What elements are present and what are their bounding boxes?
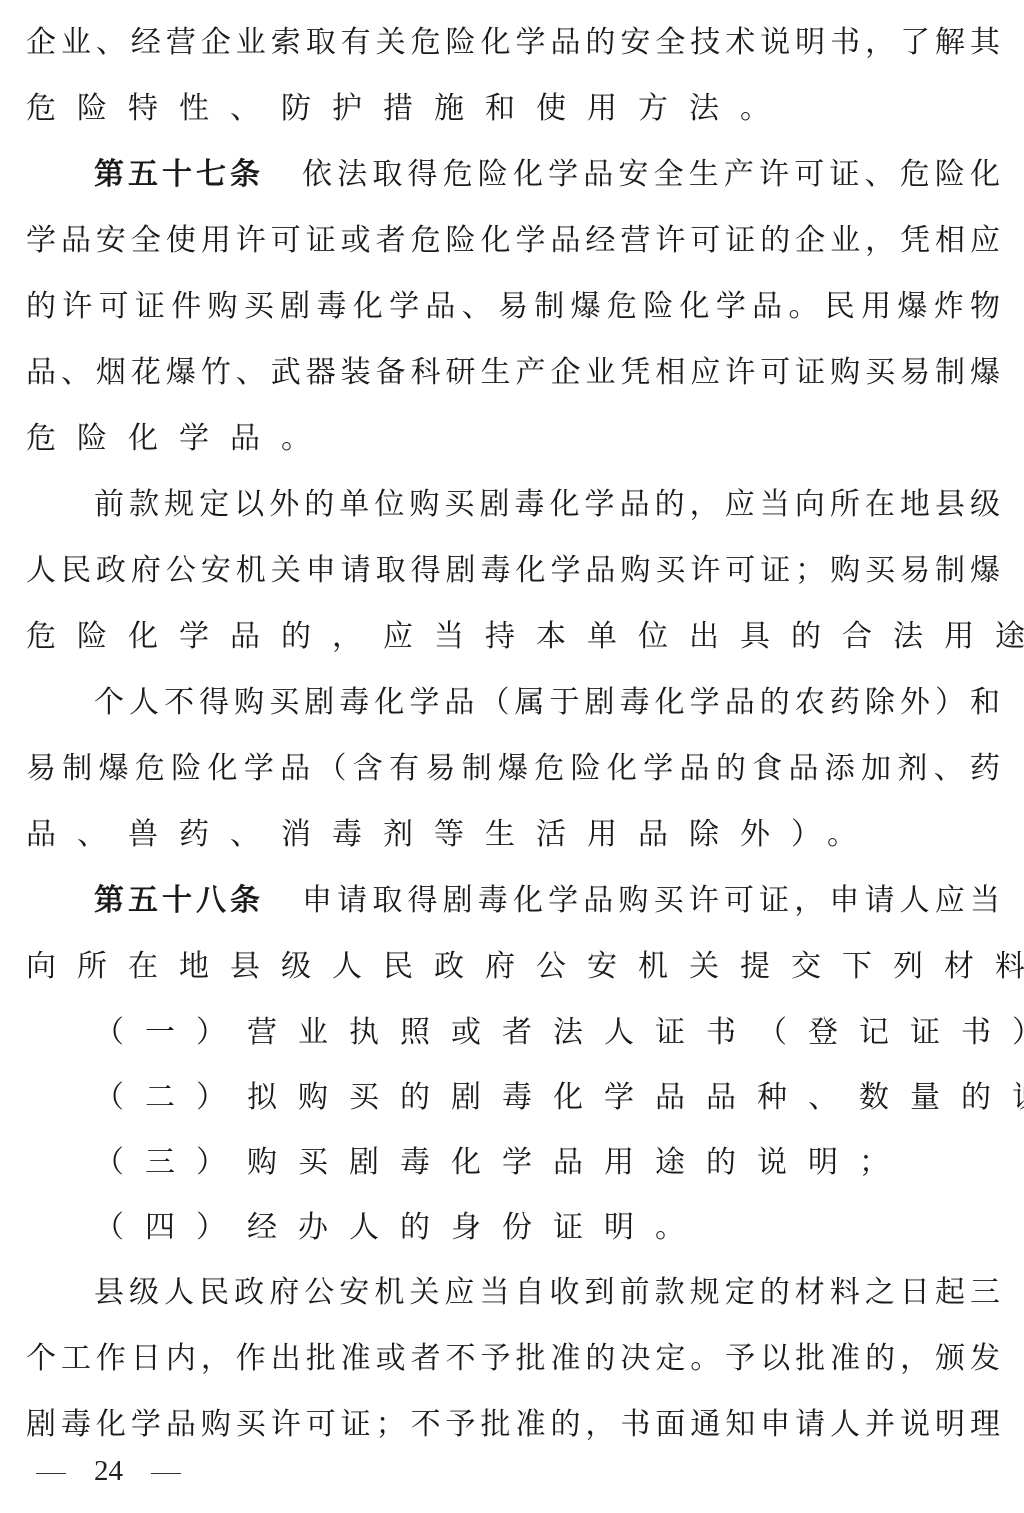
paragraph-text: 易制爆危险化学品（含有易制爆危险化学品的食品添加剂、药 (26, 736, 1000, 802)
footer-dash-right (151, 1473, 181, 1474)
text-line: 剧毒化学品购买许可证；不予批准的，书面通知申请人并说明理 (26, 1392, 1000, 1458)
article-58-first-line: 第五十八条 申请取得剧毒化学品购买许可证，申请人应当 (26, 868, 1000, 934)
text-line: 前款规定以外的单位购买剧毒化学品的，应当向所在地县级 (26, 472, 1000, 538)
paragraph-text: 的许可证件购买剧毒化学品、易制爆危险化学品。民用爆炸物 (26, 274, 1000, 340)
paragraph-text: 品、兽药、消毒剂等生活用品除外）。 (26, 802, 1000, 868)
text-line: 危险化学品。 (26, 406, 1000, 472)
list-item: （二）拟购买的剧毒化学品品种、数量的说明； (26, 1065, 1000, 1130)
document-page: 企业、经营企业索取有关危险化学品的安全技术说明书，了解其 危险特性、防护措施和使… (26, 10, 1000, 1458)
paragraph-text: 个工作日内，作出批准或者不予批准的决定。予以批准的，颁发 (26, 1326, 1000, 1392)
paragraph-text: 学品安全使用许可证或者危险化学品经营许可证的企业，凭相应 (26, 208, 1000, 274)
text-line: 个工作日内，作出批准或者不予批准的决定。予以批准的，颁发 (26, 1326, 1000, 1392)
list-item: （四）经办人的身份证明。 (26, 1195, 1000, 1260)
text-line: 易制爆危险化学品（含有易制爆危险化学品的食品添加剂、药 (26, 736, 1000, 802)
article-57-first-line: 第五十七条 依法取得危险化学品安全生产许可证、危险化 (26, 142, 1000, 208)
paragraph-text: 向所在地县级人民政府公安机关提交下列材料： (26, 934, 1000, 1000)
list-item: （一）营业执照或者法人证书（登记证书）的复印件； (26, 1000, 1000, 1065)
paragraph-text: 个人不得购买剧毒化学品（属于剧毒化学品的农药除外）和 (94, 670, 1000, 736)
text-line: 危险特性、防护措施和使用方法。 (26, 76, 1000, 142)
paragraph-text: 剧毒化学品购买许可证；不予批准的，书面通知申请人并说明理 (26, 1392, 1000, 1458)
text-line: 危险化学品的，应当持本单位出具的合法用途说明。 (26, 604, 1000, 670)
text-line: 人民政府公安机关申请取得剧毒化学品购买许可证；购买易制爆 (26, 538, 1000, 604)
article-heading: 第五十七条 (94, 142, 264, 208)
list-item: （三）购买剧毒化学品用途的说明； (26, 1130, 1000, 1195)
article-heading: 第五十八条 (94, 868, 264, 934)
paragraph-text: 企业、经营企业索取有关危险化学品的安全技术说明书，了解其 (26, 10, 1000, 76)
page-footer: 24 (36, 1455, 181, 1488)
text-line: 个人不得购买剧毒化学品（属于剧毒化学品的农药除外）和 (26, 670, 1000, 736)
text-line: 学品安全使用许可证或者危险化学品经营许可证的企业，凭相应 (26, 208, 1000, 274)
text-line: 向所在地县级人民政府公安机关提交下列材料： (26, 934, 1000, 1000)
page-number: 24 (94, 1455, 123, 1487)
paragraph-text: 人民政府公安机关申请取得剧毒化学品购买许可证；购买易制爆 (26, 538, 1000, 604)
paragraph-text: 品、烟花爆竹、武器装备科研生产企业凭相应许可证购买易制爆 (26, 340, 1000, 406)
paragraph-text: 依法取得危险化学品安全生产许可证、危险化 (302, 142, 1000, 208)
text-line: 县级人民政府公安机关应当自收到前款规定的材料之日起三 (26, 1260, 1000, 1326)
paragraph-text: 危险化学品。 (26, 406, 1000, 472)
text-line: 的许可证件购买剧毒化学品、易制爆危险化学品。民用爆炸物 (26, 274, 1000, 340)
paragraph-text: 申请取得剧毒化学品购买许可证，申请人应当 (302, 868, 1000, 934)
text-line: 企业、经营企业索取有关危险化学品的安全技术说明书，了解其 (26, 10, 1000, 76)
paragraph-text: 危险特性、防护措施和使用方法。 (26, 76, 1000, 142)
paragraph-text: 前款规定以外的单位购买剧毒化学品的，应当向所在地县级 (94, 472, 1000, 538)
text-line: 品、烟花爆竹、武器装备科研生产企业凭相应许可证购买易制爆 (26, 340, 1000, 406)
paragraph-text: 县级人民政府公安机关应当自收到前款规定的材料之日起三 (94, 1260, 1000, 1326)
footer-dash-left (36, 1473, 66, 1474)
text-line: 品、兽药、消毒剂等生活用品除外）。 (26, 802, 1000, 868)
paragraph-text: 危险化学品的，应当持本单位出具的合法用途说明。 (26, 604, 1000, 670)
